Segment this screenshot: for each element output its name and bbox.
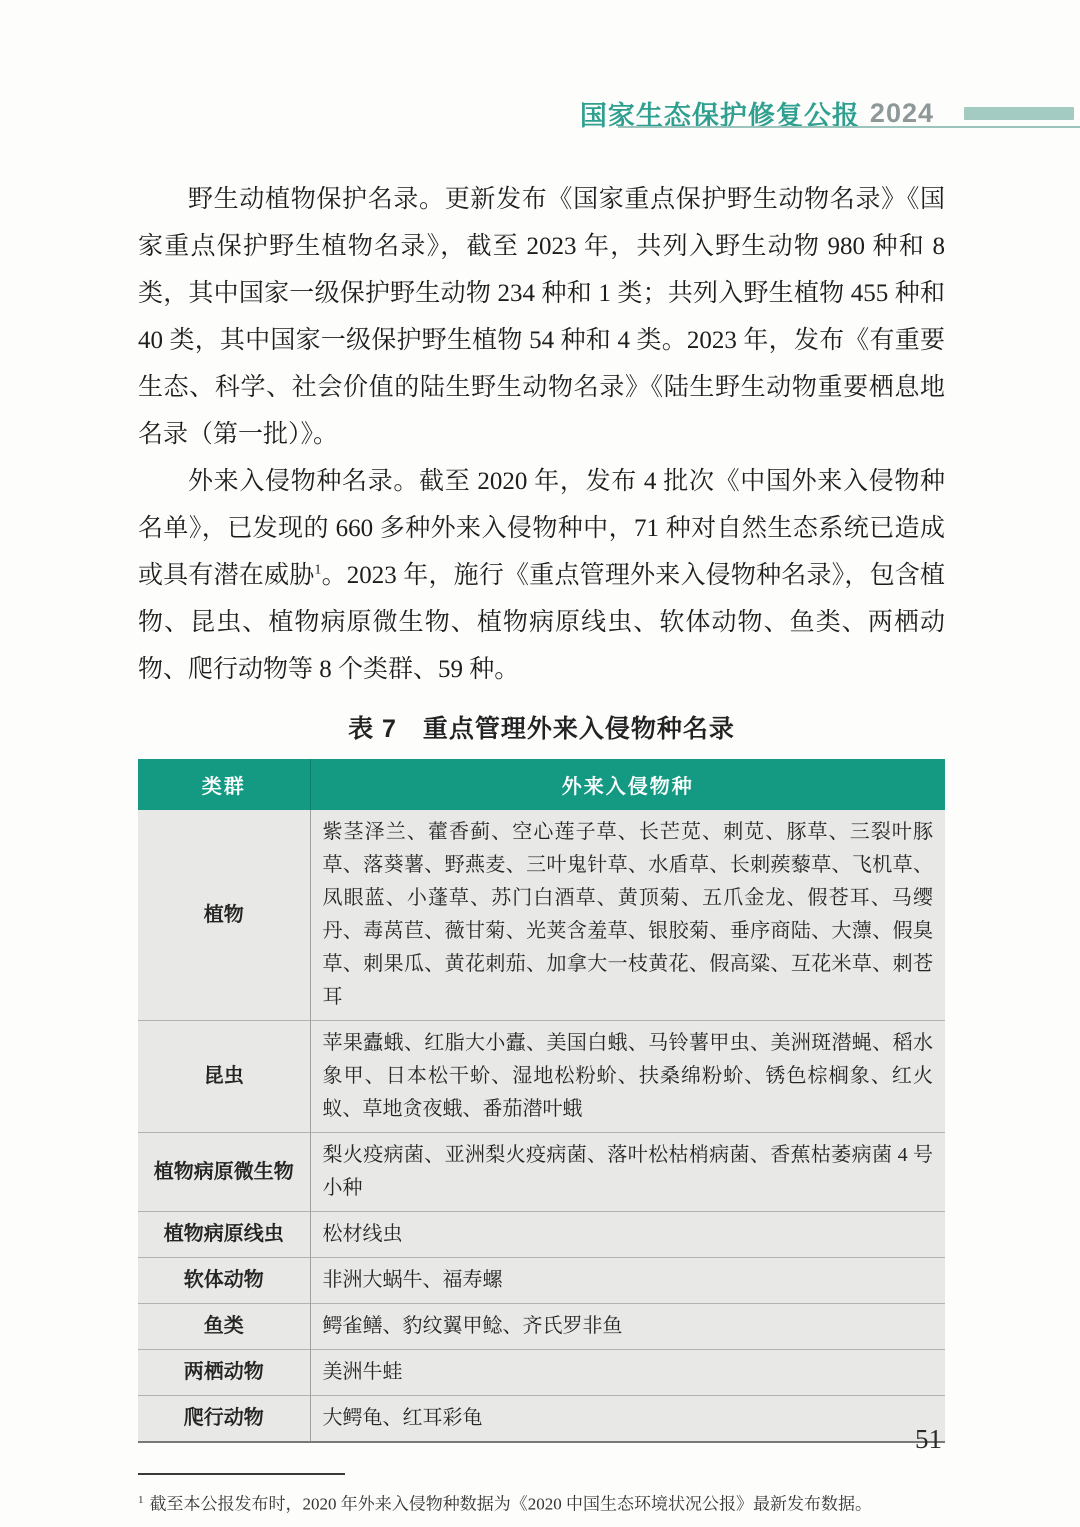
table-row: 昆虫 苹果蠹蛾、红脂大小蠹、美国白蛾、马铃薯甲虫、美洲斑潜蝇、稻水象甲、日本松干… [138,1021,945,1133]
footnote-marker: 1 [138,1494,144,1506]
table-row: 爬行动物 大鳄龟、红耳彩龟 [138,1396,945,1443]
category-cell: 昆虫 [138,1021,310,1133]
species-cell: 紫茎泽兰、藿香蓟、空心莲子草、长芒苋、刺苋、豚草、三裂叶豚草、落葵薯、野燕麦、三… [310,810,945,1021]
table-row: 植物 紫茎泽兰、藿香蓟、空心莲子草、长芒苋、刺苋、豚草、三裂叶豚草、落葵薯、野燕… [138,810,945,1021]
species-cell: 松材线虫 [310,1212,945,1258]
report-year: 2024 [870,98,934,129]
category-cell: 植物病原线虫 [138,1212,310,1258]
category-cell: 植物 [138,810,310,1021]
species-cell: 苹果蠹蛾、红脂大小蠹、美国白蛾、马铃薯甲虫、美洲斑潜蝇、稻水象甲、日本松干蚧、湿… [310,1021,945,1133]
category-cell: 植物病原微生物 [138,1133,310,1212]
species-cell: 梨火疫病菌、亚洲梨火疫病菌、落叶松枯梢病菌、香蕉枯萎病菌 4 号小种 [310,1133,945,1212]
table-row: 植物病原线虫 松材线虫 [138,1212,945,1258]
header-accent-bar [964,107,1074,120]
document-page: 国家生态保护修复公报 2024 野生动植物保护名录。更新发布《国家重点保护野生动… [0,0,1080,1527]
column-header-species: 外来入侵物种 [310,759,945,810]
table-row: 植物病原微生物 梨火疫病菌、亚洲梨火疫病菌、落叶松枯梢病菌、香蕉枯萎病菌 4 号… [138,1133,945,1212]
species-cell: 美洲牛蛙 [310,1350,945,1396]
page-content: 野生动植物保护名录。更新发布《国家重点保护野生动物名录》《国家重点保护野生植物名… [138,176,945,1518]
species-cell: 鳄雀鳝、豹纹翼甲鲶、齐氏罗非鱼 [310,1304,945,1350]
invasive-species-table: 类群 外来入侵物种 植物 紫茎泽兰、藿香蓟、空心莲子草、长芒苋、刺苋、豚草、三裂… [138,759,945,1443]
header-rule [618,126,1080,128]
table-row: 软体动物 非洲大蜗牛、福寿螺 [138,1258,945,1304]
footnote-block: 1截至本公报发布时，2020 年外来入侵物种数据为《2020 中国生态环境状况公… [138,1473,945,1518]
category-cell: 鱼类 [138,1304,310,1350]
column-header-category: 类群 [138,759,310,810]
paragraph-invasive-species: 外来入侵物种名录。截至 2020 年，发布 4 批次《中国外来入侵物种名单》，已… [138,458,945,693]
species-cell: 大鳄龟、红耳彩龟 [310,1396,945,1443]
table-row: 两栖动物 美洲牛蛙 [138,1350,945,1396]
category-cell: 两栖动物 [138,1350,310,1396]
paragraph-wildlife-catalog: 野生动植物保护名录。更新发布《国家重点保护野生动物名录》《国家重点保护野生植物名… [138,176,945,458]
category-cell: 爬行动物 [138,1396,310,1443]
footnote-text: 1截至本公报发布时，2020 年外来入侵物种数据为《2020 中国生态环境状况公… [138,1487,945,1518]
footnote-body: 截至本公报发布时，2020 年外来入侵物种数据为《2020 中国生态环境状况公报… [150,1495,873,1514]
species-cell: 非洲大蜗牛、福寿螺 [310,1258,945,1304]
table-caption: 表 7 重点管理外来入侵物种名录 [138,709,945,745]
page-number: 51 [915,1424,942,1455]
footnote-rule [138,1473,345,1475]
running-header: 国家生态保护修复公报 2024 [0,94,1080,130]
table-header-row: 类群 外来入侵物种 [138,759,945,810]
category-cell: 软体动物 [138,1258,310,1304]
table-row: 鱼类 鳄雀鳝、豹纹翼甲鲶、齐氏罗非鱼 [138,1304,945,1350]
